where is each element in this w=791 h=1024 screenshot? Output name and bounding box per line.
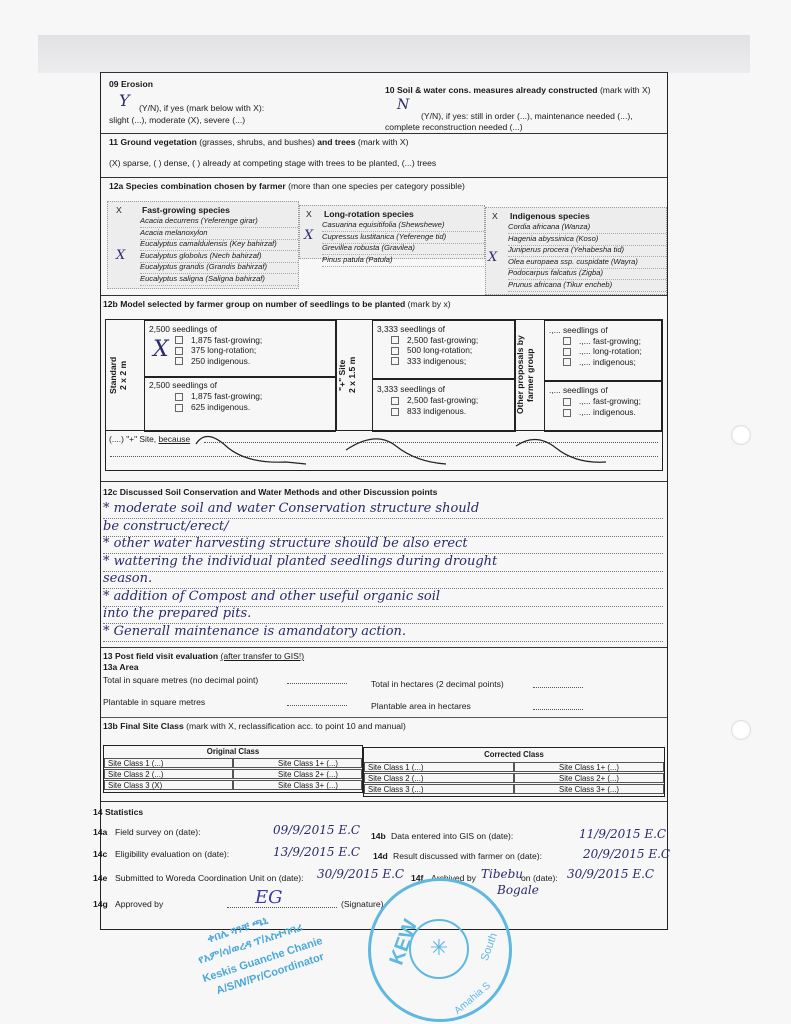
indigenous-mark[interactable]: X [488, 250, 497, 265]
checkbox[interactable] [391, 408, 399, 416]
indigenous-table: X Indigenous species Cordia africana (Wa… [485, 207, 667, 295]
discussion-line[interactable]: * Generall maintenance is amandatory act… [103, 624, 663, 642]
checkbox[interactable] [175, 393, 183, 401]
indigenous-header: Indigenous species [510, 211, 590, 221]
model-table: Standard2 x 2 m 2,500 seedlings of 1,875… [105, 319, 663, 471]
swc-answer[interactable]: N [397, 97, 409, 113]
archived-date[interactable]: 30/9/2015 E.C [567, 867, 654, 881]
species-item[interactable]: Hagenia abyssinica (Koso) [508, 234, 666, 246]
species-item[interactable]: Eucalyptus camaldulensis (Key bahirzaf) [140, 239, 298, 251]
other-option-b[interactable]: .,... seedlings of .,... fast-growing; .… [544, 380, 662, 432]
swc-prompt: (Y/N), if yes: still in order (...), mai… [421, 111, 633, 121]
discussion-title: 12c Discussed Soil Conservation and Wate… [103, 487, 437, 497]
section-discussion: 12c Discussed Soil Conservation and Wate… [101, 481, 667, 648]
scan-shadow [38, 35, 750, 73]
area-title: 13a Area [103, 662, 139, 672]
species-item[interactable]: Grevillea robusta (Gravilea) [322, 243, 484, 255]
option-line: .,... long-rotation; [579, 346, 642, 356]
archived-by-surname[interactable]: Bogale [497, 883, 539, 897]
standard-mark[interactable]: X [153, 337, 169, 362]
site-class-option[interactable]: Site Class 1+ (...) [233, 758, 362, 768]
checkbox[interactable] [563, 348, 571, 356]
stat-14d-text: Result discussed with farmer on (date): [393, 851, 542, 861]
result-discussed-date[interactable]: 20/9/2015 E.C [583, 847, 670, 861]
option-head: 3,333 seedlings of [377, 384, 511, 395]
option-head: .,... seedlings of [549, 325, 657, 336]
stat-14c-text: Eligibility evaluation on (date): [115, 849, 229, 859]
plantable-sqm-field[interactable] [287, 705, 347, 706]
checkbox[interactable] [391, 347, 399, 355]
option-line: .,... fast-growing; [579, 396, 641, 406]
option-line: .,... indigenous; [579, 357, 636, 367]
standard-label: Standard2 x 2 m [108, 320, 144, 430]
stat-14a-label: 14a [93, 827, 107, 837]
original-class-table: Original Class Site Class 1 (...)Site Cl… [103, 745, 363, 793]
fast-growing-header: Fast-growing species [142, 205, 230, 215]
species-item[interactable]: Acacia decurrens (Yeferenge girar) [140, 216, 298, 228]
total-sqm-label: Total in square metres (no decimal point… [103, 675, 258, 685]
woreda-submission-date[interactable]: 30/9/2015 E.C [317, 867, 404, 881]
gis-entry-date[interactable]: 11/9/2015 E.C [579, 827, 666, 841]
section-erosion: 09 Erosion Y (Y/N), if yes (mark below w… [101, 73, 667, 134]
checkbox[interactable] [175, 336, 183, 344]
option-head: 2,500 seedlings of [149, 380, 331, 391]
stat-14f-on-label: on (date): [521, 873, 558, 883]
stat-14a-text: Field survey on (date): [115, 827, 201, 837]
species-item[interactable]: Acacia melanoxylon [140, 228, 298, 240]
stat-14g-text: Approved by [115, 899, 163, 909]
mark-header: X [116, 205, 122, 215]
stat-14d-label: 14d [373, 851, 388, 861]
stat-14c-label: 14c [93, 849, 107, 859]
option-head: 3,333 seedlings of [377, 324, 511, 335]
swc-prompt2: complete reconstruction needed (...) [385, 122, 523, 132]
model-title: 12b Model selected by farmer group on nu… [103, 299, 451, 309]
stamp-ring-text: Amahia S [453, 980, 493, 1016]
option-line: 625 indigenous. [191, 402, 250, 412]
total-ha-label: Total in hectares (2 decimal points) [371, 679, 504, 689]
swc-title: 10 Soil & water cons. measures already c… [385, 85, 651, 95]
species-item[interactable]: Pinus patula (Patula) [322, 255, 484, 267]
long-rotation-header: Long-rotation species [324, 209, 414, 219]
plus-site-label: "+" Site2 x 1.5 m [336, 320, 371, 430]
fast-growing-mark[interactable]: X [116, 248, 125, 263]
checkbox[interactable] [175, 357, 183, 365]
site-class-option[interactable]: Site Class 2 (...) [104, 769, 233, 779]
discussion-line[interactable]: into the prepared pits. [103, 606, 663, 624]
option-line: 500 long-rotation; [407, 345, 472, 355]
species-item[interactable]: Casuarina equisitifolia (Shewshewe) [322, 220, 484, 232]
plantable-ha-label: Plantable area in hectares [371, 701, 471, 711]
checkbox[interactable] [175, 347, 183, 355]
checkbox[interactable] [175, 404, 183, 412]
option-line: 2,500 fast-growing; [407, 395, 478, 405]
punch-hole [731, 720, 751, 740]
post-field-title: 13 Post field visit evaluation (after tr… [103, 651, 304, 661]
erosion-answer[interactable]: Y [119, 91, 130, 110]
species-item[interactable]: Eucalyptus globolus (Nech bahirzaf) [140, 251, 298, 263]
option-head: .,... seedlings of [549, 385, 657, 396]
site-class-title: 13b Final Site Class (mark with X, recla… [103, 721, 406, 731]
stat-14b-label: 14b [371, 831, 386, 841]
site-class-option[interactable]: Site Class 3 (X) [104, 780, 233, 790]
stat-14g-label: 14g [93, 899, 108, 909]
fast-growing-table: X Fast-growing species Acacia decurrens … [107, 201, 299, 289]
option-line: 375 long-rotation; [191, 345, 256, 355]
original-class-header: Original Class [104, 747, 362, 756]
section-species: 12a Species combination chosen by farmer… [101, 177, 667, 296]
species-item[interactable]: Olea europaea ssp. cuspidate (Wayra) [508, 257, 666, 269]
field-survey-date[interactable]: 09/9/2015 E.C [273, 823, 360, 837]
checkbox[interactable] [391, 336, 399, 344]
section-post-field: 13 Post field visit evaluation (after tr… [101, 647, 667, 802]
species-item[interactable]: Cordia africana (Wanza) [508, 222, 666, 234]
option-line: .,... indigenous. [579, 407, 636, 417]
plus-option-a[interactable]: 3,333 seedlings of 2,500 fast-growing; 5… [372, 320, 516, 380]
discussion-line[interactable]: * addition of Compost and other useful o… [103, 589, 663, 607]
site-class-option[interactable]: Site Class 2+ (...) [514, 773, 664, 783]
checkbox[interactable] [563, 337, 571, 345]
site-class-option[interactable]: Site Class 1 (...) [104, 758, 233, 768]
approver-initials: EG [255, 887, 283, 908]
statistics-title: 14 Statistics [93, 807, 143, 817]
site-class-option[interactable]: Site Class 2 (...) [364, 773, 514, 783]
checkbox[interactable] [563, 409, 571, 417]
erosion-prompt: (Y/N), if yes (mark below with X): [139, 103, 264, 113]
signature-label: (Signature) [341, 899, 384, 909]
archived-by-name[interactable]: Tibebu [481, 867, 523, 881]
round-office-stamp: ✳ KEW South Amahia S [368, 878, 512, 1022]
option-line: 1,875 fast-growing; [191, 335, 262, 345]
species-item[interactable]: Cupressus lustitanica (Yeferenge tid) [322, 232, 484, 244]
total-ha-field[interactable] [533, 687, 583, 688]
site-class-option[interactable]: Site Class 3+ (...) [514, 784, 664, 794]
option-line: .,... fast-growing; [579, 336, 641, 346]
plantable-sqm-label: Plantable in square metres [103, 697, 205, 707]
discussion-line[interactable]: season. [103, 571, 663, 589]
option-line: 2,500 fast-growing; [407, 335, 478, 345]
discussion-line[interactable]: * wattering the individual planted seedl… [103, 554, 663, 572]
option-line: 833 indigenous. [407, 406, 466, 416]
checkbox[interactable] [391, 397, 399, 405]
erosion-title: 09 Erosion [109, 79, 153, 89]
mark-header: X [492, 211, 498, 221]
option-line: 333 indigenous; [407, 356, 466, 366]
checkbox[interactable] [563, 358, 571, 366]
species-item[interactable]: Eucalyptus grandis (Grandis bahirzaf) [140, 262, 298, 274]
site-class-option[interactable]: Site Class 3+ (...) [233, 780, 362, 790]
checkbox[interactable] [391, 357, 399, 365]
standard-option-b[interactable]: 2,500 seedlings of 1,875 fast-growing; 6… [144, 376, 336, 432]
long-rotation-table: X Long-rotation species Casuarina equisi… [299, 205, 485, 259]
vegetation-title: 11 Ground vegetation (grasses, shrubs, a… [109, 137, 409, 147]
section-model: 12b Model selected by farmer group on nu… [101, 295, 667, 482]
site-class-option[interactable]: Site Class 1 (...) [364, 762, 514, 772]
species-title: 12a Species combination chosen by farmer… [109, 181, 465, 191]
long-rotation-mark[interactable]: X [304, 228, 313, 243]
site-class-option[interactable]: Site Class 3 (...) [364, 784, 514, 794]
discussion-line[interactable]: * other water harvesting structure shoul… [103, 536, 663, 554]
site-class-option[interactable]: Site Class 2+ (...) [233, 769, 362, 779]
species-item[interactable]: Podocarpus falcatus (Zigba) [508, 268, 666, 280]
punch-hole [731, 425, 751, 445]
discussion-line[interactable]: be construct/erect/ [103, 519, 663, 537]
plus-option-b[interactable]: 3,333 seedlings of 2,500 fast-growing; 8… [372, 378, 516, 432]
other-option-a[interactable]: .,... seedlings of .,... fast-growing; .… [544, 320, 662, 382]
total-sqm-field[interactable] [287, 683, 347, 684]
scanned-page: 09 Erosion Y (Y/N), if yes (mark below w… [0, 0, 791, 1024]
strike-through-scribble [166, 432, 636, 468]
section-ground-vegetation: 11 Ground vegetation (grasses, shrubs, a… [101, 133, 667, 178]
site-assessment-form: 09 Erosion Y (Y/N), if yes (mark below w… [100, 72, 668, 930]
standard-option-a[interactable]: 2,500 seedlings of 1,875 fast-growing; 3… [144, 320, 336, 378]
stat-14e-label: 14e [93, 873, 107, 883]
stat-14b-text: Data entered into GIS on (date): [391, 831, 513, 841]
option-head: 2,500 seedlings of [149, 324, 331, 335]
vegetation-options: (X) sparse, ( ) dense, ( ) already at co… [109, 158, 436, 168]
site-class-option[interactable]: Site Class 1+ (...) [514, 762, 664, 772]
species-item[interactable]: Prunus africana (Tikur encheb) [508, 280, 666, 292]
option-line: 250 indigenous. [191, 356, 250, 366]
other-proposals-label: Other proposals byfarmer group [514, 320, 545, 430]
eligibility-date[interactable]: 13/9/2015 E.C [273, 845, 360, 859]
plantable-ha-field[interactable] [533, 709, 583, 710]
option-line: 1,875 fast-growing; [191, 391, 262, 401]
corrected-class-table: Corrected Class Site Class 1 (...)Site C… [363, 747, 665, 797]
species-item[interactable]: Juniperus procera (Yehabesha tid) [508, 245, 666, 257]
erosion-options: slight (...), moderate (X), severe (...) [109, 115, 245, 125]
species-item[interactable]: Eucalyptus saligna (Saligna bahirzaf) [140, 274, 298, 286]
discussion-line[interactable]: * moderate soil and water Conservation s… [103, 501, 663, 519]
stamp-ring-text: South [479, 931, 500, 962]
stat-14e-text: Submitted to Woreda Coordination Unit on… [115, 873, 304, 883]
corrected-class-header: Corrected Class [364, 750, 664, 759]
checkbox[interactable] [563, 398, 571, 406]
mark-header: X [306, 209, 312, 219]
